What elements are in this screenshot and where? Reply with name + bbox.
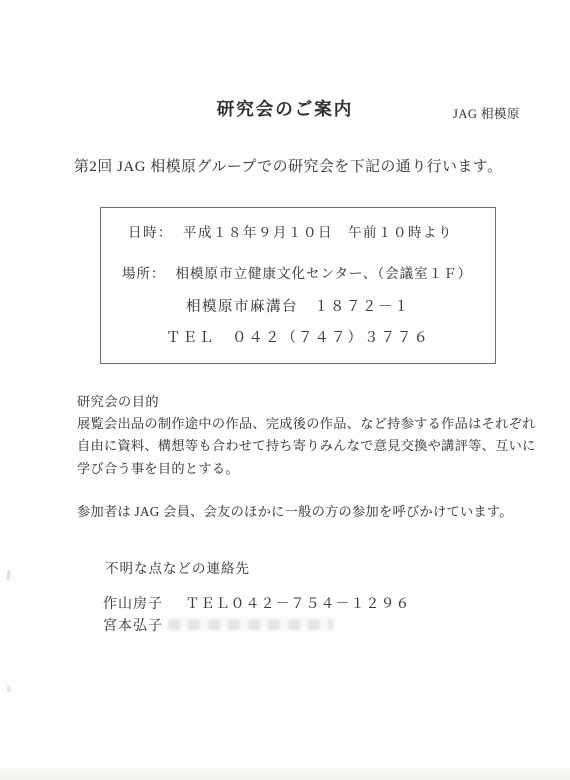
scanned-document-page: 研究会のご案内 JAG 相模原 第2回 JAG 相模原グループでの研究会を下記の…	[0, 0, 570, 780]
purpose-paragraph: 展覧会出品の制作途中の作品、完成後の作品、など持参する作品はそれぞれ 自由に資料…	[77, 413, 536, 480]
venue-phone-line: ＴＥＬ ０４２（７４７）３７７６	[101, 326, 495, 347]
organization-label: JAG 相模原	[453, 104, 520, 122]
contact-phone: ＴＥＬ０４２－７５４－１２９６	[186, 593, 411, 613]
location-label: 場所：	[122, 262, 166, 282]
erased-phone-number-smudge	[168, 619, 333, 630]
contact-name: 作山房子	[103, 593, 181, 613]
purpose-line: 自由に資料、構想等も合わせて持ち寄りみんなで意見交換や講評等、互いに	[77, 435, 536, 457]
scan-artifact-mark	[6, 570, 10, 580]
purpose-line: 学び合う事を目的とする。	[77, 458, 536, 480]
location-value: 相模原市立健康文化センター、（会議室１Ｆ）	[176, 266, 473, 281]
address-line: 相模原市麻溝台 １８７２－１	[101, 295, 495, 316]
contact-heading: 不明な点などの連絡先	[105, 557, 250, 577]
meeting-details-box: 日時：平成１８年９月１０日 午前１０時より 場所：相模原市立健康文化センター、（…	[100, 207, 496, 364]
scan-edge-shadow	[0, 766, 570, 780]
purpose-heading: 研究会の目的	[77, 391, 159, 410]
purpose-line: 展覧会出品の制作途中の作品、完成後の作品、など持参する作品はそれぞれ	[77, 413, 536, 435]
location-row: 場所：相模原市立健康文化センター、（会議室１Ｆ）	[122, 262, 472, 282]
datetime-row: 日時：平成１８年９月１０日 午前１０時より	[128, 221, 453, 241]
contact-row: 作山房子 ＴＥＬ０４２－７５４－１２９６	[103, 593, 411, 613]
participation-sentence: 参加者は JAG 会員、会友のほかに一般の方の参加を呼びかけています。	[77, 501, 513, 520]
datetime-value: 平成１８年９月１０日 午前１０時より	[183, 225, 453, 240]
scan-artifact-mark	[7, 686, 11, 692]
intro-sentence: 第2回 JAG 相模原グループでの研究会を下記の通り行います。	[74, 155, 503, 176]
datetime-label: 日時：	[128, 221, 173, 241]
